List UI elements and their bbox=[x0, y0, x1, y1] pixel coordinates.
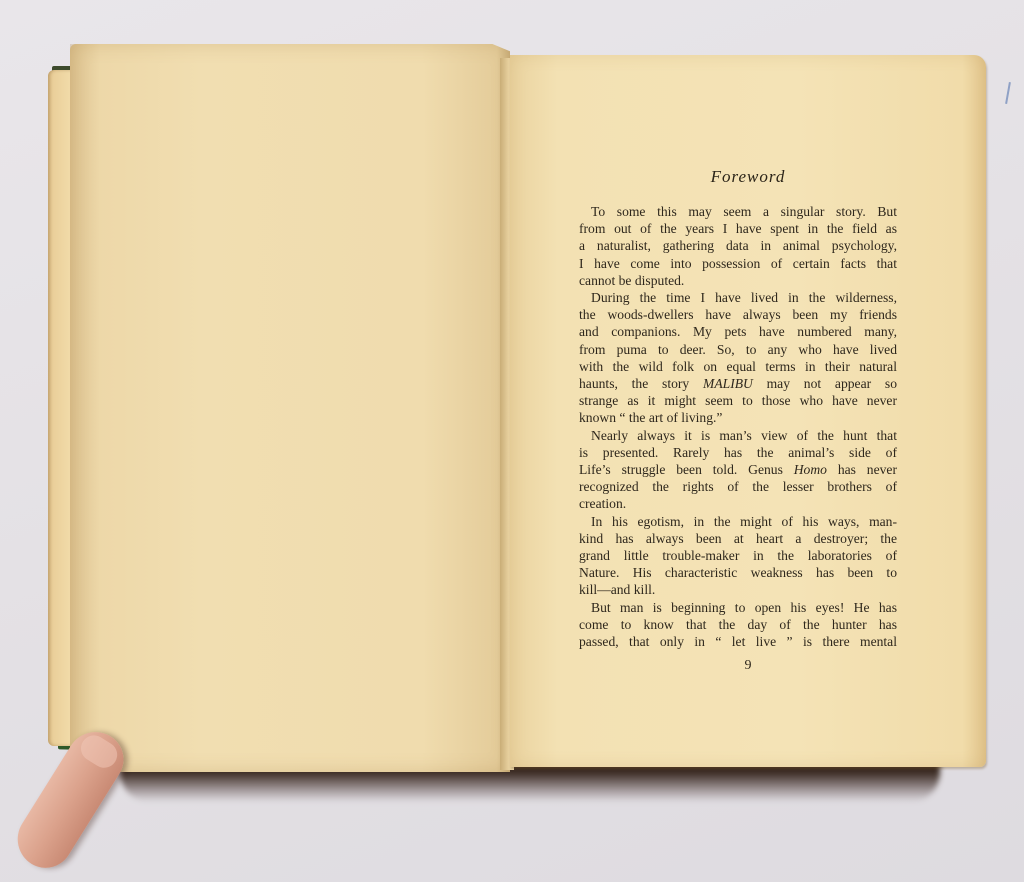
text-line-italic-malibu: haunts, the story MALIBU may not appear … bbox=[579, 375, 897, 392]
text-line: During the time I have lived in the wild… bbox=[579, 289, 897, 306]
italic-term: Homo bbox=[794, 462, 827, 477]
pen-mark bbox=[1005, 82, 1011, 104]
text-line-italic-homo: Life’s struggle been told. Genus Homo ha… bbox=[579, 461, 897, 478]
text-line: passed, that only in “ let live ” is the… bbox=[579, 633, 897, 650]
page-heading: Foreword bbox=[510, 167, 986, 187]
text-line: kind has always been at heart a destroye… bbox=[579, 530, 897, 547]
paragraph-4: In his egotism, in the might of his ways… bbox=[579, 513, 897, 599]
italic-term: MALIBU bbox=[703, 376, 753, 391]
photo-scene: Foreword To some this may seem a singula… bbox=[0, 0, 1024, 882]
text-line: with the wild folk on equal terms in the… bbox=[579, 358, 897, 375]
left-page-blank bbox=[70, 44, 510, 772]
text-line: I have come into possession of certain f… bbox=[579, 255, 897, 272]
text-line: creation. bbox=[579, 495, 897, 512]
text-line: a naturalist, gathering data in animal p… bbox=[579, 237, 897, 254]
text-line: recognized the rights of the lesser brot… bbox=[579, 478, 897, 495]
text-line: grand little trouble-maker in the labora… bbox=[579, 547, 897, 564]
paragraph-1: To some this may seem a singular story. … bbox=[579, 203, 897, 289]
text-line: from puma to deer. So, to any who have l… bbox=[579, 341, 897, 358]
text-line: known “ the art of living.” bbox=[579, 409, 897, 426]
text-line: and companions. My pets have numbered ma… bbox=[579, 323, 897, 340]
text-line: Nature. His characteristic weakness has … bbox=[579, 564, 897, 581]
text-line: But man is beginning to open his eyes! H… bbox=[579, 599, 897, 616]
page-number: 9 bbox=[510, 658, 986, 674]
text-line: is presented. Rarely has the animal’s si… bbox=[579, 444, 897, 461]
text-line: To some this may seem a singular story. … bbox=[579, 203, 897, 220]
text-line: strange as it might seem to those who ha… bbox=[579, 392, 897, 409]
paragraph-2: During the time I have lived in the wild… bbox=[579, 289, 897, 427]
text-line: the woods-dwellers have always been my f… bbox=[579, 306, 897, 323]
text-line: Nearly always it is man’s view of the hu… bbox=[579, 427, 897, 444]
paragraph-3: Nearly always it is man’s view of the hu… bbox=[579, 427, 897, 513]
text-line: come to know that the day of the hunter … bbox=[579, 616, 897, 633]
right-page: Foreword To some this may seem a singula… bbox=[510, 55, 986, 767]
paragraph-5: But man is beginning to open his eyes! H… bbox=[579, 599, 897, 651]
text-line: from out of the years I have spent in th… bbox=[579, 220, 897, 237]
text-line: cannot be disputed. bbox=[579, 272, 897, 289]
thumb-holding-page bbox=[7, 721, 134, 878]
text-line: In his egotism, in the might of his ways… bbox=[579, 513, 897, 530]
text-line: kill—and kill. bbox=[579, 581, 897, 598]
foreword-text: To some this may seem a singular story. … bbox=[579, 203, 897, 650]
